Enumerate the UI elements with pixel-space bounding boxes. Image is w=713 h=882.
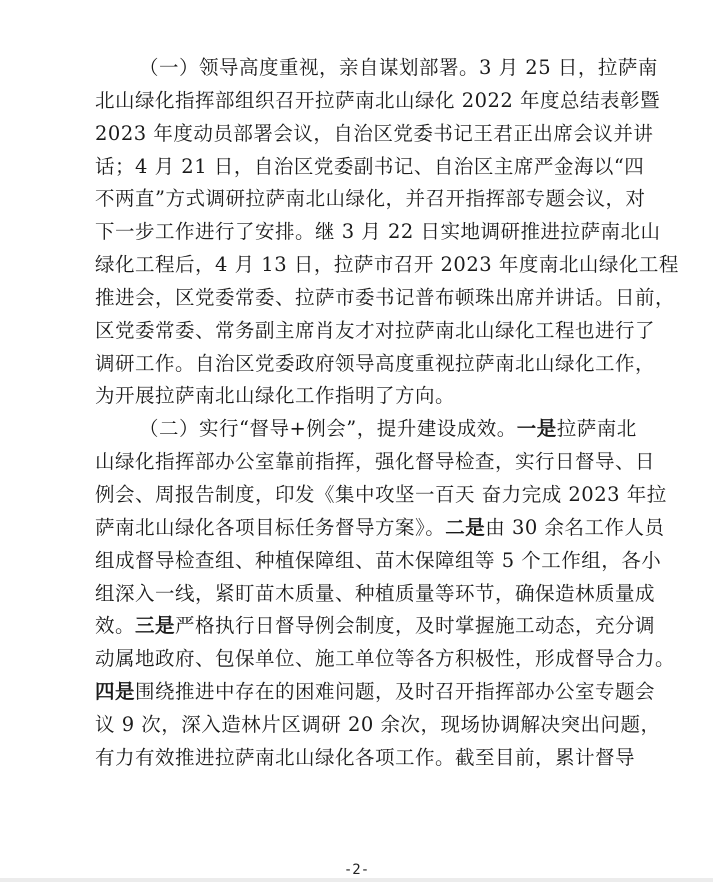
text-run: 由 30 余名工作人员 — [485, 516, 664, 539]
paragraph-1-line-3: 2023 年度动员部署会议，自治区党委书记王君正出席会议并讲 — [95, 118, 623, 151]
text-run: 萨南北山绿化各项目标任务督导方案》。 — [95, 516, 445, 539]
paragraph-2-line-11: 有力有效推进拉萨南北山绿化各项工作。截至目前，累计督导 — [95, 742, 623, 775]
text-run: （二）实行“督导+例会”，提升建设成效。 — [139, 417, 517, 440]
document-page: （一）领导高度重视，亲自谋划部署。3 月 25 日，拉萨南 北山绿化指挥部组织召… — [0, 0, 713, 882]
text-run: 有力有效推进拉萨南北山绿化各项工作。截至目前，累计督导 — [95, 746, 635, 769]
text-run: 效。 — [95, 614, 135, 637]
bold-keyword: 三是 — [135, 614, 175, 637]
paragraph-1-line-11: 为开展拉萨南北山绿化工作指明了方向。 — [95, 380, 623, 413]
paragraph-2-line-8: 动属地政府、包保单位、施工单位等各方积极性，形成督导合力。 — [95, 643, 623, 676]
text-run: 动属地政府、包保单位、施工单位等各方积极性，形成督导合力。 — [95, 647, 675, 670]
text-run: 拉萨南北 — [557, 417, 637, 440]
paragraph-1-line-1: （一）领导高度重视，亲自谋划部署。3 月 25 日，拉萨南 — [95, 52, 623, 85]
paragraph-1-line-6: 下一步工作进行了安排。继 3 月 22 日实地调研推进拉萨南北山 — [95, 216, 623, 249]
text-run: 组深入一线，紧盯苗木质量、种植质量等环节，确保造林质量成 — [95, 582, 655, 605]
paragraph-2-line-3: 例会、周报告制度，印发《集中攻坚一百天 奋力完成 2023 年拉 — [95, 479, 623, 512]
text-run: 组成督导检查组、种植保障组、苗木保障组等 5 个工作组，各小 — [95, 549, 661, 572]
paragraph-1-line-9: 区党委常委、常务副主席肖友才对拉萨南北山绿化工程也进行了 — [95, 315, 623, 348]
text-run: 严格执行日督导例会制度，及时掌握施工动态，充分调 — [175, 614, 655, 637]
paragraph-2-line-7: 效。三是严格执行日督导例会制度，及时掌握施工动态，充分调 — [95, 610, 623, 643]
paragraph-2-line-9: 四是围绕推进中存在的困难问题，及时召开指挥部办公室专题会 — [95, 676, 623, 709]
paragraph-1-line-5: 不两直”方式调研拉萨南北山绿化，并召开指挥部专题会议，对 — [95, 183, 623, 216]
bold-keyword: 一是 — [517, 417, 557, 440]
text-run: 例会、周报告制度，印发《集中攻坚一百天 奋力完成 2023 年拉 — [95, 483, 667, 506]
paragraph-1-line-8: 推进会，区党委常委、拉萨市委书记普布顿珠出席并讲话。日前， — [95, 282, 623, 315]
page-number: -2- — [0, 862, 713, 878]
text-run: 山绿化指挥部办公室靠前指挥，强化督导检查，实行日督导、日 — [95, 450, 655, 473]
paragraph-2-line-4: 萨南北山绿化各项目标任务督导方案》。二是由 30 余名工作人员 — [95, 512, 623, 545]
paragraph-1-line-4: 话；4 月 21 日，自治区党委副书记、自治区主席严金海以“四 — [95, 151, 623, 184]
bold-keyword: 二是 — [445, 516, 485, 539]
paragraph-1-line-7: 绿化工程后，4 月 13 日，拉萨市召开 2023 年度南北山绿化工程 — [95, 249, 623, 282]
page-bottom-edge — [0, 878, 713, 882]
paragraph-2-line-10: 议 9 次，深入造林片区调研 20 余次，现场协调解决突出问题， — [95, 709, 623, 742]
text-run: 围绕推进中存在的困难问题，及时召开指挥部办公室专题会 — [135, 680, 655, 703]
paragraph-2-line-2: 山绿化指挥部办公室靠前指挥，强化督导检查，实行日督导、日 — [95, 446, 623, 479]
paragraph-2-line-1: （二）实行“督导+例会”，提升建设成效。一是拉萨南北 — [95, 413, 623, 446]
text-run: 议 9 次，深入造林片区调研 20 余次，现场协调解决突出问题， — [95, 713, 661, 736]
paragraph-2-line-5: 组成督导检查组、种植保障组、苗木保障组等 5 个工作组，各小 — [95, 545, 623, 578]
paragraph-1-line-2: 北山绿化指挥部组织召开拉萨南北山绿化 2022 年度总结表彰暨 — [95, 85, 623, 118]
paragraph-1-line-10: 调研工作。自治区党委政府领导高度重视拉萨南北山绿化工作， — [95, 348, 623, 381]
bold-keyword: 四是 — [95, 680, 135, 703]
body-text: （一）领导高度重视，亲自谋划部署。3 月 25 日，拉萨南 北山绿化指挥部组织召… — [95, 52, 623, 775]
paragraph-2-line-6: 组深入一线，紧盯苗木质量、种植质量等环节，确保造林质量成 — [95, 578, 623, 611]
